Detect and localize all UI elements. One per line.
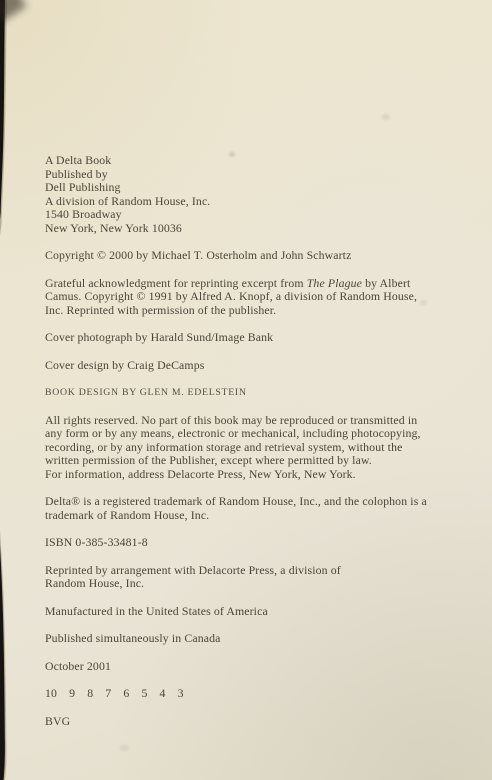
simultaneous-text: Published simultaneously in Canada bbox=[45, 632, 475, 646]
copyright-text-column: A Delta Book Published by Dell Publishin… bbox=[45, 154, 475, 742]
rights-paragraph: All rights reserved. No part of this boo… bbox=[45, 414, 475, 482]
credit-line: Cover design by Craig DeCamps bbox=[45, 359, 475, 373]
acknowledgment-line: Inc. Reprinted with permission of the pu… bbox=[45, 304, 475, 318]
rights-line: written permission of the Publisher, exc… bbox=[45, 454, 475, 468]
print-date-line: October 2001 bbox=[45, 660, 475, 674]
scan-corner-smudge bbox=[0, 0, 27, 22]
paper-speck bbox=[120, 745, 129, 751]
rights-line: All rights reserved. No part of this boo… bbox=[45, 414, 475, 428]
rights-line: recording, or by any information storage… bbox=[45, 441, 475, 455]
isbn-value: ISBN 0-385-33481-8 bbox=[45, 536, 475, 550]
manufactured-text: Manufactured in the United States of Ame… bbox=[45, 605, 475, 619]
book-copyright-page: A Delta Book Published by Dell Publishin… bbox=[0, 0, 492, 780]
simultaneous-publication-line: Published simultaneously in Canada bbox=[45, 632, 475, 646]
page-left-edge-shadow bbox=[0, 0, 12, 780]
acknowledgment-line: Camus. Copyright © 1991 by Alfred A. Kno… bbox=[45, 290, 475, 304]
publisher-line: A division of Random House, Inc. bbox=[45, 195, 475, 209]
manufactured-line: Manufactured in the United States of Ame… bbox=[45, 605, 475, 619]
acknowledgment-line: Grateful acknowledgment for reprinting e… bbox=[45, 277, 475, 291]
acknowledgment-text: by Albert bbox=[362, 276, 410, 290]
paper-speck bbox=[382, 114, 390, 120]
reprint-paragraph: Reprinted by arrangement with Delacorte … bbox=[45, 564, 475, 591]
printer-code-text: BVG bbox=[45, 715, 475, 729]
publisher-line: 1540 Broadway bbox=[45, 208, 475, 222]
reprint-line: Random House, Inc. bbox=[45, 577, 475, 591]
trademark-line: Delta® is a registered trademark of Rand… bbox=[45, 495, 475, 509]
publisher-line: Dell Publishing bbox=[45, 181, 475, 195]
credit-line: Cover photograph by Harald Sund/Image Ba… bbox=[45, 331, 475, 345]
trademark-line: trademark of Random House, Inc. bbox=[45, 509, 475, 523]
print-run-line: 10 9 8 7 6 5 4 3 bbox=[45, 687, 475, 701]
print-date-text: October 2001 bbox=[45, 660, 475, 674]
publisher-block: A Delta Book Published by Dell Publishin… bbox=[45, 154, 475, 235]
rights-line: any form or by any means, electronic or … bbox=[45, 427, 475, 441]
print-run-numbers: 10 9 8 7 6 5 4 3 bbox=[45, 687, 475, 701]
isbn-line: ISBN 0-385-33481-8 bbox=[45, 536, 475, 550]
cover-design-credit: Cover design by Craig DeCamps bbox=[45, 359, 475, 373]
copyright-statement: Copyright © 2000 by Michael T. Osterholm… bbox=[45, 249, 475, 263]
publisher-line: New York, New York 10036 bbox=[45, 222, 475, 236]
acknowledgment-text: Grateful acknowledgment for reprinting e… bbox=[45, 276, 307, 290]
printer-code-line: BVG bbox=[45, 715, 475, 729]
book-title-italic: The Plague bbox=[307, 276, 362, 290]
publisher-line: Published by bbox=[45, 168, 475, 182]
acknowledgment-paragraph: Grateful acknowledgment for reprinting e… bbox=[45, 277, 475, 318]
copyright-line: Copyright © 2000 by Michael T. Osterholm… bbox=[45, 249, 475, 263]
publisher-line: A Delta Book bbox=[45, 154, 475, 168]
reprint-line: Reprinted by arrangement with Delacorte … bbox=[45, 564, 475, 578]
credit-line-caps: BOOK DESIGN BY GLEN M. EDELSTEIN bbox=[45, 386, 475, 400]
rights-line: For information, address Delacorte Press… bbox=[45, 468, 475, 482]
book-design-credit: BOOK DESIGN BY GLEN M. EDELSTEIN bbox=[45, 386, 475, 400]
cover-photograph-credit: Cover photograph by Harald Sund/Image Ba… bbox=[45, 331, 475, 345]
trademark-paragraph: Delta® is a registered trademark of Rand… bbox=[45, 495, 475, 522]
